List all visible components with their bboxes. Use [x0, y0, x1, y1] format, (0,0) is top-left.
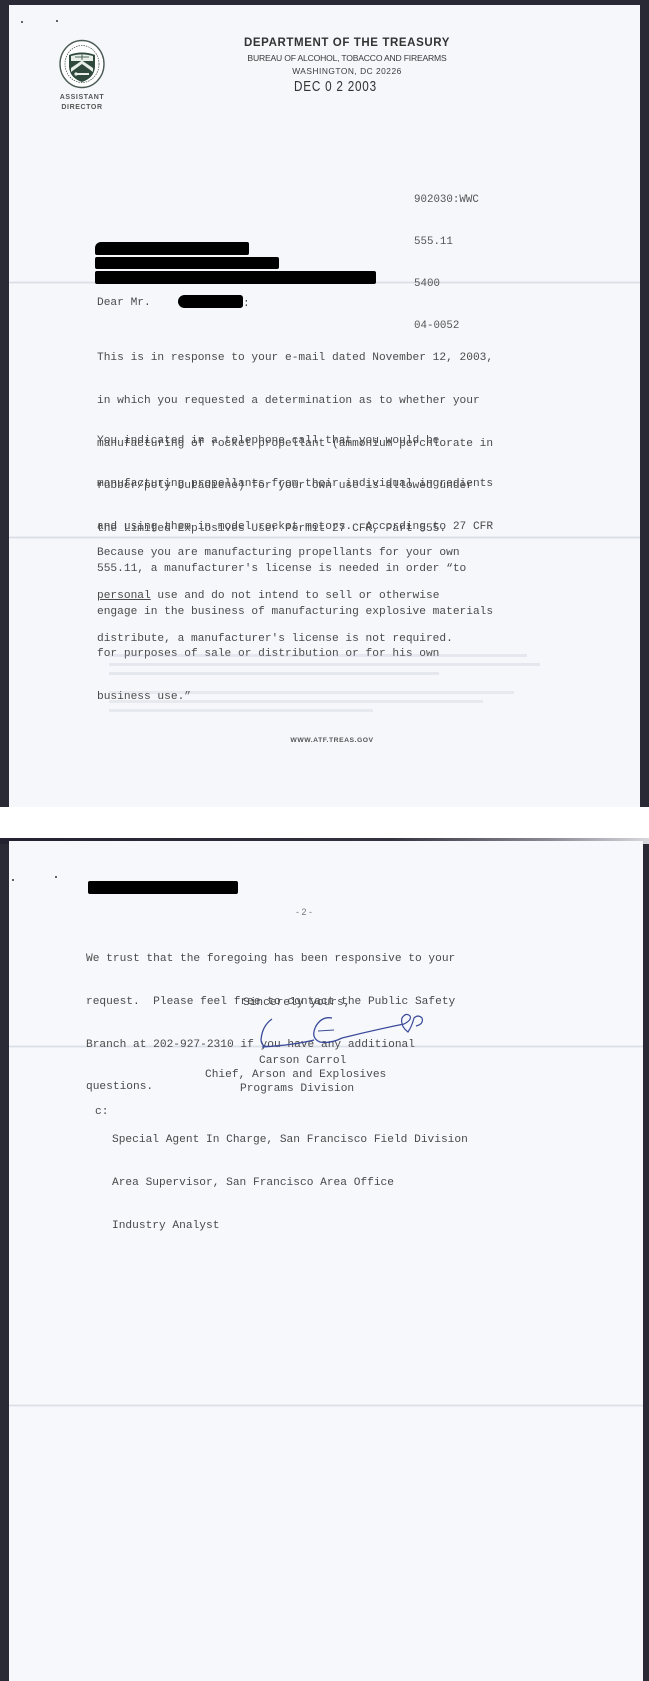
scan-speck [12, 879, 14, 881]
treasury-seal-icon [58, 39, 106, 89]
seal-caption-line1: ASSISTANT [52, 93, 112, 103]
redacted-address-line [95, 257, 279, 269]
signer-name: Carson Carrol [259, 1054, 346, 1068]
signer-title-line2: Programs Division [240, 1082, 354, 1096]
cc-recipient: Special Agent In Charge, San Francisco F… [112, 1133, 468, 1147]
city-line: WASHINGTON, DC 20226 [212, 66, 482, 76]
page-separator [0, 807, 649, 841]
cc-recipient: Area Supervisor, San Francisco Area Offi… [112, 1176, 468, 1190]
complimentary-close: Sincerely yours, [243, 996, 350, 1010]
redacted-address-line [95, 242, 249, 255]
agency-website: WWW.ATF.TREAS.GOV [272, 737, 392, 744]
signer-title-line1: Chief, Arson and Explosives [205, 1068, 386, 1082]
salutation-prefix: Dear Mr. [97, 297, 151, 309]
text-segment: use and do not intend to sell or otherwi… [151, 590, 440, 602]
reference-line: 555.11 [414, 235, 479, 249]
letter-page-1: ASSISTANT DIRECTOR DEPARTMENT OF THE TRE… [9, 5, 640, 807]
paper-fold-crease [9, 1404, 643, 1407]
salutation-colon: : [243, 297, 250, 311]
text-line: manufacturing propellants from their ind… [97, 477, 493, 491]
bureau-heading: BUREAU OF ALCOHOL, TOBACCO AND FIREARMS [202, 53, 492, 63]
seal-caption-line2: DIRECTOR [52, 103, 112, 113]
scan-speck [21, 21, 23, 23]
text-line: personal use and do not intend to sell o… [97, 589, 460, 603]
page-number: - 2 - [279, 907, 329, 917]
seal-caption: ASSISTANT DIRECTOR [52, 93, 112, 113]
cc-list: Special Agent In Charge, San Francisco F… [112, 1105, 468, 1261]
letter-page-2: - 2 - We trust that the foregoing has be… [9, 841, 643, 1681]
redacted-recipient-name [178, 295, 243, 308]
text-line: This is in response to your e-mail dated… [97, 351, 493, 365]
text-line: distribute, a manufacturer's license is … [97, 632, 460, 646]
reference-line: 5400 [414, 277, 479, 291]
emphasis-personal: personal [97, 590, 151, 602]
text-line: We trust that the foregoing has been res… [86, 952, 455, 966]
salutation: Dear Mr. [97, 296, 151, 310]
text-line: Because you are manufacturing propellant… [97, 546, 460, 560]
redacted-addressee-header [88, 881, 238, 894]
scan-speck [56, 20, 58, 22]
handwritten-signature-icon [254, 1012, 434, 1052]
bleed-through-text [109, 650, 549, 730]
cc-prefix: c: [95, 1105, 108, 1119]
scan-speck [55, 876, 57, 878]
cc-recipient: Industry Analyst [112, 1219, 468, 1233]
department-heading: DEPARTMENT OF THE TREASURY [212, 37, 482, 49]
redacted-address-line [95, 271, 376, 284]
reference-line: 902030:WWC [414, 193, 479, 207]
text-line: You indicated in a telephone call that y… [97, 434, 493, 448]
date-stamp: DEC 0 2 2003 [294, 78, 377, 95]
